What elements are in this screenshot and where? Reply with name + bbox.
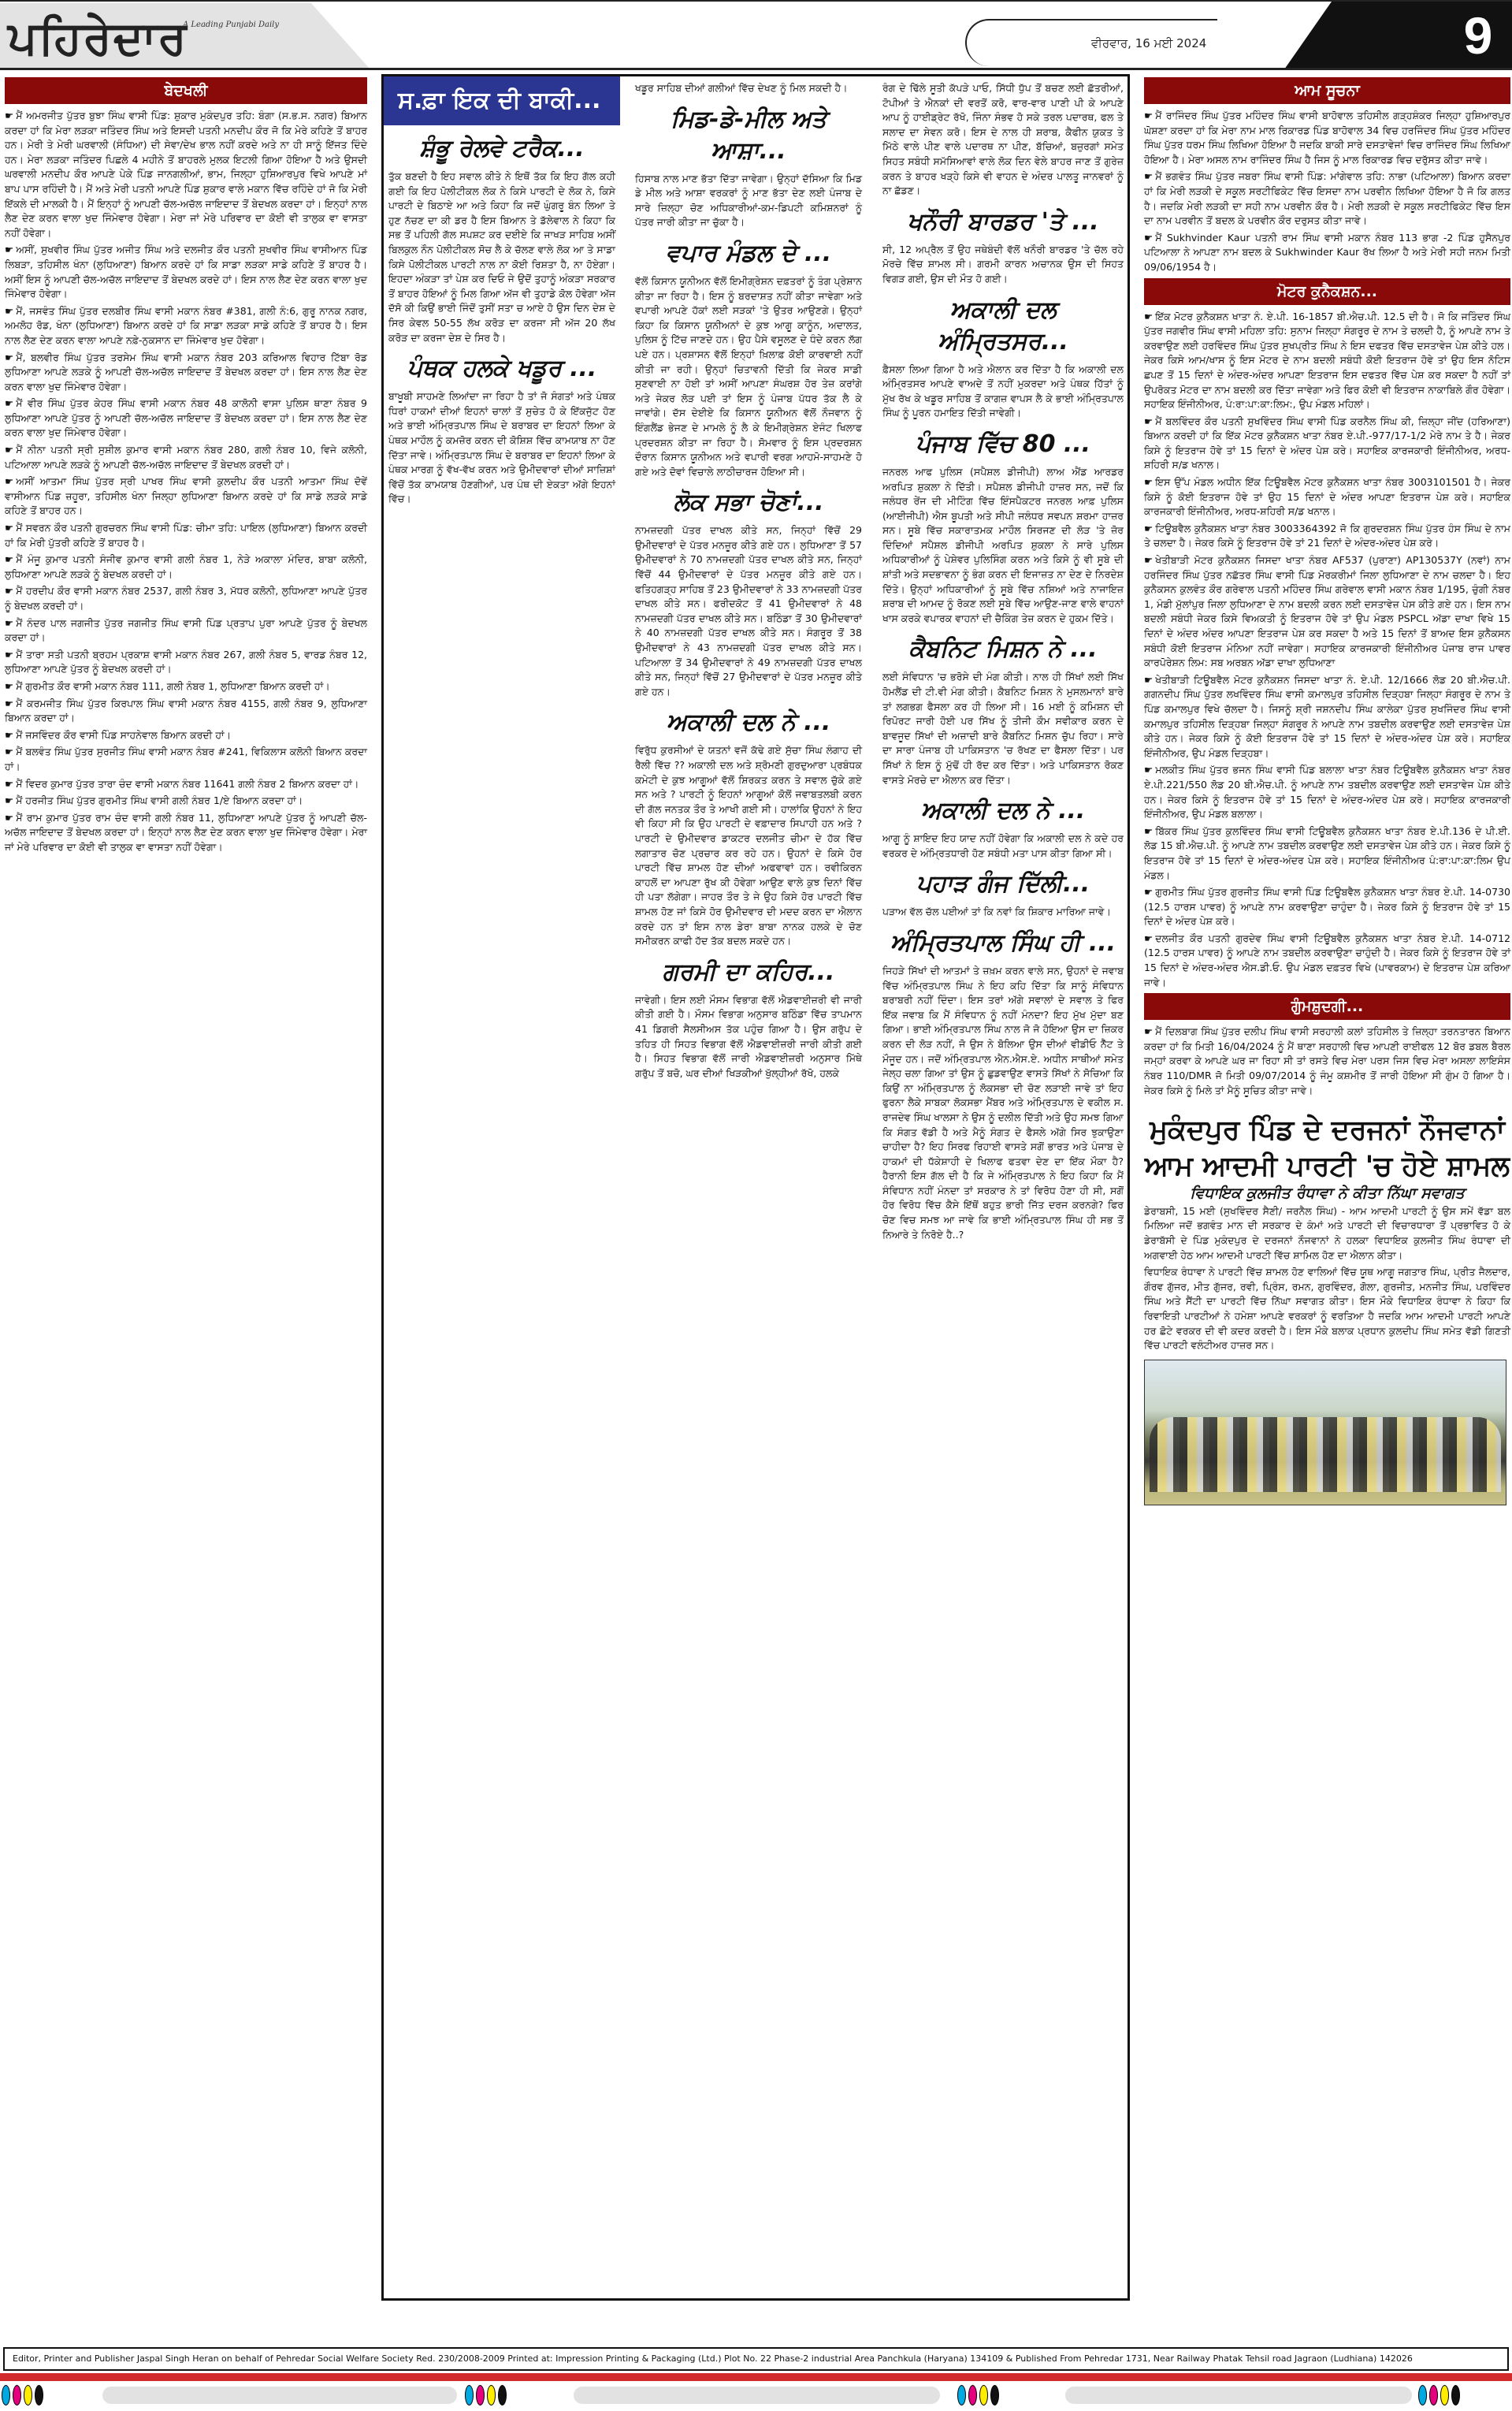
- notice-item: ☛ਮੈਂ ਬਲਵੰਤ ਸਿੰਘ ਪੁੱਤਰ ਸੁਰਜੀਤ ਸਿੰਘ ਵਾਸੀ ਮ…: [5, 745, 367, 774]
- feature-headline-line2[interactable]: ਆਮ ਆਦਮੀ ਪਾਰਟੀ 'ਚ ਹੋਏ ਸ਼ਾਮਲ: [1144, 1148, 1510, 1185]
- notice-item: ☛ਮਲਕੀਤ ਸਿੰਘ ਪੁੱਤਰ ਭਜਨ ਸਿੰਘ ਵਾਸੀ ਪਿੰਡ ਬਲਾ…: [1144, 763, 1510, 821]
- notice-text: ਮੈਂ ਜਸਵਿੰਦਰ ਕੌਰ ਵਾਸੀ ਪਿੰਡ ਸਾਹਨੇਵਾਲ ਬਿਆਨ …: [16, 729, 231, 741]
- registration-bar: [102, 2387, 457, 2404]
- notice-text: ਮਲਕੀਤ ਸਿੰਘ ਪੁੱਤਰ ਭਜਨ ਸਿੰਘ ਵਾਸੀ ਪਿੰਡ ਬਲਾਲ…: [1144, 764, 1510, 820]
- notice-text: ਮੈਂ ਬਲਵਿੰਦਰ ਕੌਰ ਪਤਨੀ ਸੁਖਵਿੰਦਰ ਸਿੰਘ ਵਾਸੀ …: [1144, 415, 1510, 471]
- pointing-hand-icon: ☛: [1144, 311, 1153, 322]
- left-column-classifieds: ਬੇਦਖਲੀ ☛ਮੈਂ ਅਮਰਜੀਤ ਪੁੱਤਰ ਬੁਝਾ ਸਿੰਘ ਵਾਸੀ …: [5, 74, 367, 858]
- notice-item: ☛ਮੈਂ, ਜਸਵੰਤ ਸਿੰਘ ਪੁੱਤਰ ਦਲਬੀਰ ਸਿੰਘ ਵਾਸੀ ਮ…: [5, 304, 367, 348]
- pointing-hand-icon: ☛: [5, 649, 13, 660]
- notice-text: ਇੱਕ ਮੋਟਰ ਕੁਨੈਕਸ਼ਨ ਖਾਤਾ ਨੰ. ਏ.ਪੀ. 16-1857…: [1144, 311, 1510, 411]
- notice-item: ☛ਗੁਰਮੀਤ ਸਿੰਘ ਪੁੱਤਰ ਗੁਰਜੀਤ ਸਿੰਘ ਵਾਸੀ ਪਿੰਡ…: [1144, 885, 1510, 929]
- notice-item: ☛ਮੈਂ ਰਾਜਿੰਦਰ ਸਿੰਘ ਪੁੱਤਰ ਮਹਿੰਦਰ ਸਿੰਘ ਵਾਸੀ…: [1144, 109, 1510, 167]
- notice-item: ☛ਮੈਂ ਭਗਵੰਤ ਸਿੰਘ ਪੁੱਤਰ ਜਬਰਾ ਸਿੰਘ ਵਾਸੀ ਪਿੰ…: [1144, 169, 1510, 228]
- notice-text: ਮੈਂ, ਬਲਵੀਰ ਸਿੰਘ ਪੁੱਤਰ ਤਰਸੇਮ ਸਿੰਘ ਵਾਸੀ ਮਕ…: [5, 352, 367, 393]
- pointing-hand-icon: ☛: [1144, 764, 1153, 776]
- story-headline[interactable]: ਅਕਾਲੀ ਦਲ ਨੇ ...: [882, 795, 1124, 827]
- notice-item: ☛ਮੈਂ ਹਰਦੀਪ ਕੌਰ ਵਾਸੀ ਮਕਾਨ ਨੰਬਰ 2537, ਗਲੀ …: [5, 584, 367, 613]
- group-photo[interactable]: [1144, 1360, 1506, 1505]
- notice-item: ☛ਮੈਂ ਬਲਵਿੰਦਰ ਕੌਰ ਪਤਨੀ ਸੁਖਵਿੰਦਰ ਸਿੰਘ ਵਾਸੀ…: [1144, 415, 1510, 473]
- notice-text: ਮੈਂ ਮੰਜੂ ਕੁਮਾਰ ਪਤਨੀ ਸੰਜੀਵ ਕੁਮਾਰ ਵਾਸੀ ਗਲੀ…: [5, 553, 367, 580]
- notice-text: ਖੇਤੀਬਾੜੀ ਟਿਊਬਵੈਲ ਮੋਟਰ ਕੁਨੈਕਸ਼ਨ ਜਿਸਦਾ ਖਾਤ…: [1144, 674, 1510, 759]
- story-headline[interactable]: ਅੰਮ੍ਰਿਤਪਾਲ ਸਿੰਘ ਹੀ ...: [882, 928, 1124, 959]
- story-headline[interactable]: ਲੋਕ ਸਭਾ ਚੋਣਾਂ...: [635, 487, 862, 519]
- notice-text: ਮੈਂ ਨੰਦਰ ਪਾਲ ਜਗਜੀਤ ਪੁੱਤਰ ਜਗਜੀਤ ਸਿੰਘ ਵਾਸੀ…: [5, 617, 367, 644]
- notice-text: ਗੁਰਮੀਤ ਸਿੰਘ ਪੁੱਤਰ ਗੁਰਜੀਤ ਸਿੰਘ ਵਾਸੀ ਪਿੰਡ …: [1144, 886, 1510, 927]
- story-headline[interactable]: ਅਕਾਲੀ ਦਲ ਅੰਮ੍ਰਿਤਸਰ...: [882, 295, 1124, 358]
- notice-text: ਇਸ ਉੱਪ ਮੰਡਲ ਅਧੀਨ ਇੱਕ ਟਿਊਬਵੈਲ ਮੋਟਰ ਕੁਨੈਕਸ…: [1144, 476, 1510, 517]
- registration-marks: [1418, 2385, 1460, 2405]
- notice-text: ਟਿਊਬਵੈਲ ਕੁਨੈਕਸ਼ਨ ਖਾਤਾ ਨੰਬਰ 3003364392 ਜੋ…: [1144, 523, 1510, 549]
- notice-text: ਮੈਂ ਬਲਵੰਤ ਸਿੰਘ ਪੁੱਤਰ ਸੁਰਜੀਤ ਸਿੰਘ ਵਾਸੀ ਮਕ…: [5, 746, 367, 772]
- notice-text: ਮੈਂ ਵਿਦਰ ਕੁਮਾਰ ਪੁੱਤਰ ਤਾਰਾ ਚੰਦ ਵਾਸੀ ਮਕਾਨ …: [16, 778, 358, 790]
- pointing-hand-icon: ☛: [5, 729, 13, 741]
- pointing-hand-icon: ☛: [5, 794, 13, 806]
- story-headline[interactable]: ਪੰਥਕ ਹਲਕੇ ਖਡੂਰ ...: [388, 353, 615, 385]
- story-body: ਹਿਸਾਬ ਨਾਲ ਮਾਣ ਭੱਤਾ ਦਿੱਤਾ ਜਾਵੇਗਾ। ਉਨ੍ਹਾਂ …: [635, 172, 862, 230]
- story-body: ਲਈ ਸੰਵਿਧਾਨ 'ਚ ਭਰੋਸੇ ਦੀ ਮੰਗ ਕੀਤੀ। ਨਾਲ ਹੀ …: [882, 670, 1124, 787]
- story-body: ਫ਼ੈਸਲਾ ਲਿਆ ਗਿਆ ਹੈ ਅਤੇ ਐਲਾਨ ਕਰ ਦਿੱਤਾ ਹੈ ਕ…: [882, 363, 1124, 421]
- notice-item: ☛ਮੈਂ ਜਸਵਿੰਦਰ ਕੌਰ ਵਾਸੀ ਪਿੰਡ ਸਾਹਨੇਵਾਲ ਬਿਆਨ…: [5, 728, 367, 743]
- notice-item: ☛ਮੈਂ ਸਵਰਨ ਕੌਰ ਪਤਨੀ ਗੁਰਚਰਨ ਸਿੰਘ ਵਾਸੀ ਪਿੰਡ…: [5, 521, 367, 550]
- notice-text: ਬਿੱਕਰ ਸਿੰਘ ਪੁੱਤਰ ਕੁਲਵਿੰਦਰ ਸਿੰਘ ਵਾਸੀ ਟਿਊਬ…: [1144, 825, 1510, 881]
- story-headline[interactable]: ਪੰਜਾਬ ਵਿੱਚ 80 ...: [882, 429, 1124, 460]
- notice-item: ☛ਮੈਂ ਹਰਜੀਤ ਸਿੰਘ ਪੁੱਤਰ ਗੁਰਮੀਤ ਸਿੰਘ ਵਾਸੀ ਗ…: [5, 794, 367, 809]
- masthead: ਪਹਿਰੇਦਾਰ A Leading Punjabi Daily ਵੀਰਵਾਰ,…: [0, 0, 1512, 69]
- story-headline[interactable]: ਸ਼ੰਭੂ ਰੇਲਵੇ ਟਰੈਕ...: [388, 133, 615, 165]
- notice-item: ☛ਮੈਂ ਦਿਲਬਾਗ ਸਿੰਘ ਪੁੱਤਰ ਦਲੀਪ ਸਿੰਘ ਵਾਸੀ ਸਰ…: [1144, 1025, 1510, 1098]
- footer-red-bar: [0, 2373, 1512, 2381]
- registration-marks: [465, 2385, 507, 2405]
- logo-tagline: A Leading Punjabi Daily: [183, 20, 279, 29]
- notice-text: ਮੈਂ Sukhvinder Kaur ਪਤਨੀ ਰਾਮ ਸਿੰਘ ਵਾਸੀ ਮ…: [1144, 232, 1510, 273]
- registration-marks: [957, 2385, 999, 2405]
- page-number: 9: [1447, 3, 1510, 68]
- notice-item: ☛ਇਸ ਉੱਪ ਮੰਡਲ ਅਧੀਨ ਇੱਕ ਟਿਊਬਵੈਲ ਮੋਟਰ ਕੁਨੈਕ…: [1144, 475, 1510, 519]
- notice-item: ☛ਮੈਂ ਨੀਨਾ ਪਤਨੀ ਸ੍ਰੀ ਸੁਸ਼ੀਲ ਕੁਮਾਰ ਵਾਸੀ ਮਕ…: [5, 443, 367, 472]
- story-body: ਜਨਰਲ ਆਫ ਪੁਲਿਸ (ਸਪੈਸ਼ਲ ਡੀਜੀਪੀ) ਲਾਅ ਐਂਡ ਆਰ…: [882, 465, 1124, 627]
- notice-item: ☛ਅਸੀਂ, ਸੁਖਵੀਰ ਸਿੰਘ ਪੁੱਤਰ ਅਜੀਤ ਸਿੰਘ ਅਤੇ ਦ…: [5, 243, 367, 301]
- pointing-hand-icon: ☛: [1144, 825, 1153, 837]
- story-headline[interactable]: ਪਹਾੜ ਗੰਜ ਦਿੱਲੀ...: [882, 869, 1124, 900]
- notice-item: ☛ਇੱਕ ਮੋਟਰ ਕੁਨੈਕਸ਼ਨ ਖਾਤਾ ਨੰ. ਏ.ਪੀ. 16-185…: [1144, 310, 1510, 412]
- pointing-hand-icon: ☛: [5, 444, 13, 456]
- notice-item: ☛ਮੈਂ ਨੰਦਰ ਪਾਲ ਜਗਜੀਤ ਪੁੱਤਰ ਜਗਜੀਤ ਸਿੰਘ ਵਾਸ…: [5, 616, 367, 646]
- pointing-hand-icon: ☛: [1144, 476, 1153, 488]
- notice-text: ਮੈਂ ਤਾਰਾ ਸਤੀ ਪਤਨੀ ਬ੍ਰਹਮ ਪ੍ਰਕਾਸ਼ ਵਾਸੀ ਮਕਾ…: [5, 649, 367, 675]
- pointing-hand-icon: ☛: [1144, 1025, 1153, 1037]
- story-headline[interactable]: ਖਨੌਰੀ ਬਾਰਡਰ 'ਤੇ ...: [882, 206, 1124, 238]
- notice-text: ਮੈਂ ਭਗਵੰਤ ਸਿੰਘ ਪੁੱਤਰ ਜਬਰਾ ਸਿੰਘ ਵਾਸੀ ਪਿੰਡ…: [1144, 170, 1510, 226]
- notice-item: ☛ਦਲਜੀਤ ਕੌਰ ਪਤਨੀ ਗੁਰਦੇਵ ਸਿੰਘ ਵਾਸੀ ਟਿਊਬਵੈਲ…: [1144, 932, 1510, 990]
- notice-item: ☛ਮੈਂ, ਬਲਵੀਰ ਸਿੰਘ ਪੁੱਤਰ ਤਰਸੇਮ ਸਿੰਘ ਵਾਸੀ ਮ…: [5, 351, 367, 395]
- pointing-hand-icon: ☛: [5, 475, 13, 487]
- feature-paragraph: ਵਿਧਾਇਕ ਰੰਧਾਵਾ ਨੇ ਪਾਰਟੀ ਵਿੱਚ ਸ਼ਾਮਲ ਹੋਣ ਵਾ…: [1144, 1265, 1510, 1353]
- continued-stories-frame: ਸ.ਫ਼ਾ ਇਕ ਦੀ ਬਾਕੀ... ਸ਼ੰਭੂ ਰੇਲਵੇ ਟਰੈਕ...ਤ…: [381, 74, 1130, 2301]
- pointing-hand-icon: ☛: [5, 812, 13, 824]
- notice-sections: ਆਮ ਸੂਚਨਾ☛ਮੈਂ ਰਾਜਿੰਦਰ ਸਿੰਘ ਪੁੱਤਰ ਮਹਿੰਦਰ ਸ…: [1144, 77, 1510, 1098]
- pointing-hand-icon: ☛: [5, 553, 13, 565]
- notice-item: ☛ਮੈਂ Sukhvinder Kaur ਪਤਨੀ ਰਾਮ ਸਿੰਘ ਵਾਸੀ …: [1144, 231, 1510, 275]
- notice-item: ☛ਮੈਂ ਗੁਰਮੀਤ ਕੌਰ ਵਾਸੀ ਮਕਾਨ ਨੰਬਰ 111, ਗਲੀ …: [5, 679, 367, 694]
- notice-item: ☛ਅਸੀਂ ਆਤਮਾ ਸਿੰਘ ਪੁੱਤਰ ਸ੍ਰੀ ਪਾਖਰ ਸਿੰਘ ਵਾਸ…: [5, 474, 367, 519]
- pointing-hand-icon: ☛: [5, 698, 13, 709]
- pointing-hand-icon: ☛: [5, 110, 13, 121]
- logo-panel: ਪਹਿਰੇਦਾਰ A Leading Punjabi Daily: [0, 3, 370, 69]
- pointing-hand-icon: ☛: [5, 585, 13, 597]
- right-column-notices: ਆਮ ਸੂਚਨਾ☛ਮੈਂ ਰਾਜਿੰਦਰ ਸਿੰਘ ਪੁੱਤਰ ਮਹਿੰਦਰ ਸ…: [1144, 74, 1510, 1505]
- pointing-hand-icon: ☛: [5, 244, 13, 255]
- story-headline[interactable]: ਅਕਾਲੀ ਦਲ ਨੇ ...: [635, 707, 862, 739]
- story-body: ਜਿਹੜੇ ਸਿੱਖਾਂ ਦੀ ਆਤਮਾਂ ਤੇ ਜ਼ਖ਼ਮ ਕਰਨ ਵਾਲੇ …: [882, 964, 1124, 1242]
- notice-text: ਮੈਂ ਅਮਰਜੀਤ ਪੁੱਤਰ ਬੁਝਾ ਸਿੰਘ ਵਾਸੀ ਪਿੰਡ: ਸ਼…: [5, 110, 367, 239]
- pointing-hand-icon: ☛: [5, 746, 13, 757]
- story-body: ਪੜਾਅ ਵੱਲ ਚੱਲ ਪਈਆਂ ਤਾਂ ਕਿ ਨਵਾਂ ਕਿ ਸ਼ਿਕਾਰ …: [882, 905, 1124, 920]
- pointing-hand-icon: ☛: [1144, 932, 1153, 944]
- mid-column-3: ਰੰਗ ਦੇ ਢਿੱਲੇ ਸੂਤੀ ਕੱਪੜੇ ਪਾਓ, ਸਿੱਧੀ ਧੁੱਪ …: [878, 76, 1128, 1249]
- feature-story: ਮੁਕੰਦਪੁਰ ਪਿੰਡ ਦੇ ਦਰਜਨਾਂ ਨੌਜਵਾਨਾਂ ਆਮ ਆਦਮੀ…: [1144, 1112, 1510, 1505]
- notice-text: ਖੇਤੀਬਾੜੀ ਮੋਟਰ ਕੁਨੈਕਸ਼ਨ ਜਿਸਦਾ ਖਾਤਾ ਨੰਬਰ A…: [1144, 554, 1510, 668]
- notice-item: ☛ਮੈਂ ਤਾਰਾ ਸਤੀ ਪਤਨੀ ਬ੍ਰਹਮ ਪ੍ਰਕਾਸ਼ ਵਾਸੀ ਮਕ…: [5, 648, 367, 677]
- notice-item: ☛ਮੈਂ ਵੀਰ ਸਿੰਘ ਪੁੱਤਰ ਕੇਹਰ ਸਿੰਘ ਵਾਸੀ ਮਕਾਨ …: [5, 396, 367, 441]
- notice-item: ☛ਖੇਤੀਬਾੜੀ ਟਿਊਬਵੈਲ ਮੋਟਰ ਕੁਨੈਕਸ਼ਨ ਜਿਸਦਾ ਖਾ…: [1144, 673, 1510, 761]
- people-in-photo: [1150, 1417, 1501, 1492]
- section-title: ਗੁੰਮਸ਼ੁਦਗੀ...: [1144, 993, 1510, 1020]
- notice-item: ☛ਮੈਂ ਵਿਦਰ ਕੁਮਾਰ ਪੁੱਤਰ ਤਾਰਾ ਚੰਦ ਵਾਸੀ ਮਕਾਨ…: [5, 777, 367, 792]
- notice-text: ਮੈਂ ਵੀਰ ਸਿੰਘ ਪੁੱਤਰ ਕੇਹਰ ਸਿੰਘ ਵਾਸੀ ਮਕਾਨ ਨ…: [5, 397, 367, 438]
- pointing-hand-icon: ☛: [1144, 232, 1153, 244]
- notice-text: ਮੈਂ ਨੀਨਾ ਪਤਨੀ ਸ੍ਰੀ ਸੁਸ਼ੀਲ ਕੁਮਾਰ ਵਾਸੀ ਮਕਾ…: [5, 444, 367, 471]
- section-title-bedakhli: ਬੇਦਖਲੀ: [5, 77, 367, 104]
- pointing-hand-icon: ☛: [1144, 886, 1153, 898]
- pointing-hand-icon: ☛: [1144, 170, 1153, 182]
- notice-item: ☛ਟਿਊਬਵੈਲ ਕੁਨੈਕਸ਼ਨ ਖਾਤਾ ਨੰਬਰ 3003364392 ਜ…: [1144, 522, 1510, 551]
- notice-text: ਮੈਂ ਸਵਰਨ ਕੌਰ ਪਤਨੀ ਗੁਰਚਰਨ ਸਿੰਘ ਵਾਸੀ ਪਿੰਡ:…: [5, 522, 367, 549]
- story-body: ਰੰਗ ਦੇ ਢਿੱਲੇ ਸੂਤੀ ਕੱਪੜੇ ਪਾਓ, ਸਿੱਧੀ ਧੁੱਪ …: [882, 81, 1124, 199]
- pointing-hand-icon: ☛: [5, 305, 13, 317]
- story-body: ਸੀ, 12 ਅਪ੍ਰੈਲ ਤੋਂ ਉਹ ਜਥੇਬੰਦੀ ਵੱਲੋਂ ਖਨੌਰੀ…: [882, 243, 1124, 287]
- issue-date: ਵੀਰਵਾਰ, 16 ਮਈ 2024: [1091, 36, 1206, 50]
- newspaper-logo[interactable]: ਪਹਿਰੇਦਾਰ: [8, 11, 188, 65]
- notice-text: ਦਲਜੀਤ ਕੌਰ ਪਤਨੀ ਗੁਰਦੇਵ ਸਿੰਘ ਵਾਸੀ ਟਿਊਬਵੈਲ …: [1144, 932, 1510, 988]
- notice-text: ਮੈਂ ਹਰਦੀਪ ਕੌਰ ਵਾਸੀ ਮਕਾਨ ਨੰਬਰ 2537, ਗਲੀ ਨ…: [5, 585, 367, 612]
- notice-text: ਮੈਂ ਰਾਮ ਕੁਮਾਰ ਪੁੱਤਰ ਰਾਮ ਚੰਦ ਵਾਸੀ ਗਲੀ ਨੰਬ…: [5, 812, 367, 853]
- story-headline[interactable]: ਕੈਬਨਿਟ ਮਿਸ਼ਨ ਨੇ ...: [882, 634, 1124, 665]
- notice-item: ☛ਬਿੱਕਰ ਸਿੰਘ ਪੁੱਤਰ ਕੁਲਵਿੰਦਰ ਸਿੰਘ ਵਾਸੀ ਟਿਊ…: [1144, 824, 1510, 883]
- notice-text: ਮੈਂ ਰਾਜਿੰਦਰ ਸਿੰਘ ਪੁੱਤਰ ਮਹਿੰਦਰ ਸਿੰਘ ਵਾਸੀ …: [1144, 110, 1510, 166]
- pointing-hand-icon: ☛: [1144, 554, 1153, 566]
- notice-item: ☛ਖੇਤੀਬਾੜੀ ਮੋਟਰ ਕੁਨੈਕਸ਼ਨ ਜਿਸਦਾ ਖਾਤਾ ਨੰਬਰ …: [1144, 553, 1510, 671]
- section-title: ਮੋਟਰ ਕੁਨੈਕਸ਼ਨ...: [1144, 278, 1510, 305]
- pointing-hand-icon: ☛: [1144, 674, 1153, 686]
- story-body: ਤੁੱਕ ਬਣਦੀ ਹੈ ਇਹ ਸਵਾਲ ਕੀਤੇ ਨੇ ਇਥੋਂ ਤੱਕ ਕਿ…: [388, 169, 615, 345]
- story-body: ਨਾਮਜ਼ਦਗੀ ਪੱਤਰ ਦਾਖਲ ਕੀਤੇ ਸਨ, ਜਿਨ੍ਹਾਂ ਵਿੱਚ…: [635, 523, 862, 699]
- notice-item: ☛ਮੈਂ ਕਰਮਜੀਤ ਸਿੰਘ ਪੁੱਤਰ ਕਿਰਪਾਲ ਸਿੰਘ ਵਾਸੀ …: [5, 697, 367, 726]
- feature-subheadline: ਵਿਧਾਇਕ ਕੁਲਜੀਤ ਰੰਧਾਵਾ ਨੇ ਕੀਤਾ ਨਿੱਘਾ ਸਵਾਗਤ: [1144, 1186, 1510, 1201]
- pointing-hand-icon: ☛: [5, 617, 13, 629]
- notice-text: ਮੈਂ ਕਰਮਜੀਤ ਸਿੰਘ ਪੁੱਤਰ ਕਿਰਪਾਲ ਸਿੰਘ ਵਾਸੀ ਮ…: [5, 698, 367, 724]
- notice-item: ☛ਮੈਂ ਮੰਜੂ ਕੁਮਾਰ ਪਤਨੀ ਸੰਜੀਵ ਕੁਮਾਰ ਵਾਸੀ ਗਲ…: [5, 553, 367, 582]
- registration-bar: [574, 2387, 940, 2404]
- imprint-footer: Editor, Printer and Publisher Jaspal Sin…: [3, 2347, 1509, 2371]
- notice-item: ☛ਮੈਂ ਰਾਮ ਕੁਮਾਰ ਪੁੱਤਰ ਰਾਮ ਚੰਦ ਵਾਸੀ ਗਲੀ ਨੰ…: [5, 811, 367, 855]
- notice-text: ਅਸੀਂ ਆਤਮਾ ਸਿੰਘ ਪੁੱਤਰ ਸ੍ਰੀ ਪਾਖਰ ਸਿੰਘ ਵਾਸੀ…: [5, 475, 367, 516]
- story-body: ਆਗੂ ਨੂੰ ਸ਼ਾਇਦ ਇਹ ਯਾਦ ਨਹੀਂ ਹੋਵੇਗਾ ਕਿ ਅਕਾਲ…: [882, 832, 1124, 861]
- story-headline[interactable]: ਮਿਡ-ਡੇ-ਮੀਲ ਅਤੇ ਆਸ਼ਾ...: [635, 104, 862, 167]
- notice-text: ਅਸੀਂ, ਸੁਖਵੀਰ ਸਿੰਘ ਪੁੱਤਰ ਅਜੀਤ ਸਿੰਘ ਅਤੇ ਦਲ…: [5, 244, 367, 300]
- story-body: ਖਡੂਰ ਸਾਹਿਬ ਦੀਆਂ ਗਲੀਆਂ ਵਿੱਚ ਦੇਖਣ ਨੂੰ ਮਿਲ …: [635, 81, 862, 96]
- print-registration-strip: [0, 2383, 1512, 2411]
- notice-text: ਮੈਂ ਗੁਰਮੀਤ ਕੌਰ ਵਾਸੀ ਮਕਾਨ ਨੰਬਰ 111, ਗਲੀ ਨ…: [16, 680, 329, 692]
- story-headline[interactable]: ਗਰਮੀ ਦਾ ਕਹਿਰ...: [635, 957, 862, 988]
- pointing-hand-icon: ☛: [5, 352, 13, 363]
- masthead-divider: [0, 68, 1512, 70]
- pointing-hand-icon: ☛: [5, 522, 13, 534]
- pointing-hand-icon: ☛: [5, 778, 13, 790]
- pointing-hand-icon: ☛: [5, 680, 13, 692]
- notice-text: ਮੈਂ, ਜਸਵੰਤ ਸਿੰਘ ਪੁੱਤਰ ਦਲਬੀਰ ਸਿੰਘ ਵਾਸੀ ਮਕ…: [5, 305, 367, 346]
- pointing-hand-icon: ☛: [1144, 110, 1153, 121]
- story-body: ਵਿਰੁੱਧ ਕੁਰਸੀਆਂ ਦੇ ਯਤਨਾਂ ਵਜੋਂ ਕੱਢੇ ਗਏ ਸੁੱ…: [635, 743, 862, 948]
- story-body: ਬਾਖੂਬੀ ਸਾਹਮਣੇ ਲਿਆਂਦਾ ਜਾ ਰਿਹਾ ਹੈ ਤਾਂ ਜੋ ਸ…: [388, 389, 615, 507]
- registration-bar: [1065, 2387, 1412, 2404]
- registration-marks: [2, 2385, 43, 2405]
- notice-item: ☛ਮੈਂ ਅਮਰਜੀਤ ਪੁੱਤਰ ਬੁਝਾ ਸਿੰਘ ਵਾਸੀ ਪਿੰਡ: ਸ…: [5, 109, 367, 240]
- notice-list: ☛ਮੈਂ ਅਮਰਜੀਤ ਪੁੱਤਰ ਬੁਝਾ ਸਿੰਘ ਵਾਸੀ ਪਿੰਡ: ਸ…: [5, 109, 367, 855]
- pointing-hand-icon: ☛: [1144, 523, 1153, 534]
- mid-column-2: ਖਡੂਰ ਸਾਹਿਬ ਦੀਆਂ ਗਲੀਆਂ ਵਿੱਚ ਦੇਖਣ ਨੂੰ ਮਿਲ …: [630, 76, 867, 1088]
- pointing-hand-icon: ☛: [5, 397, 13, 409]
- story-body: ਜਾਵੇਗੀ। ਇਸ ਲਈ ਮੌਸਮ ਵਿਭਾਗ ਵੱਲੋਂ ਐਡਵਾਈਜ਼ਰੀ…: [635, 993, 862, 1081]
- mid-column-1: ਸ.ਫ਼ਾ ਇਕ ਦੀ ਬਾਕੀ... ਸ਼ੰਭੂ ਰੇਲਵੇ ਟਰੈਕ...ਤ…: [384, 76, 620, 514]
- story-body: ਵੱਲੋਂ ਕਿਸਾਨ ਯੂਨੀਅਨ ਵੱਲੋਂ ਇਮੀਗ੍ਰੇਸ਼ਨ ਦਫ਼ਤ…: [635, 274, 862, 479]
- pointing-hand-icon: ☛: [1144, 415, 1153, 427]
- section-title: ਆਮ ਸੂਚਨਾ: [1144, 77, 1510, 104]
- story-headline[interactable]: ਵਪਾਰ ਮੰਡਲ ਦੇ ...: [635, 238, 862, 270]
- notice-text: ਮੈਂ ਹਰਜੀਤ ਸਿੰਘ ਪੁੱਤਰ ਗੁਰਮੀਤ ਸਿੰਘ ਵਾਸੀ ਗਲ…: [16, 794, 303, 806]
- notice-text: ਮੈਂ ਦਿਲਬਾਗ ਸਿੰਘ ਪੁੱਤਰ ਦਲੀਪ ਸਿੰਘ ਵਾਸੀ ਸਰਹ…: [1144, 1025, 1510, 1096]
- feature-paragraph: ਡੇਰਾਬਸੀ, 15 ਮਈ (ਸੁਖਵਿੰਦਰ ਸੈਣੀ/ ਜਰਨੈਲ ਸਿੰ…: [1144, 1204, 1510, 1263]
- continued-banner: ਸ.ਫ਼ਾ ਇਕ ਦੀ ਬਾਕੀ...: [384, 76, 620, 125]
- feature-headline-line1[interactable]: ਮੁਕੰਦਪੁਰ ਪਿੰਡ ਦੇ ਦਰਜਨਾਂ ਨੌਜਵਾਨਾਂ: [1144, 1112, 1510, 1148]
